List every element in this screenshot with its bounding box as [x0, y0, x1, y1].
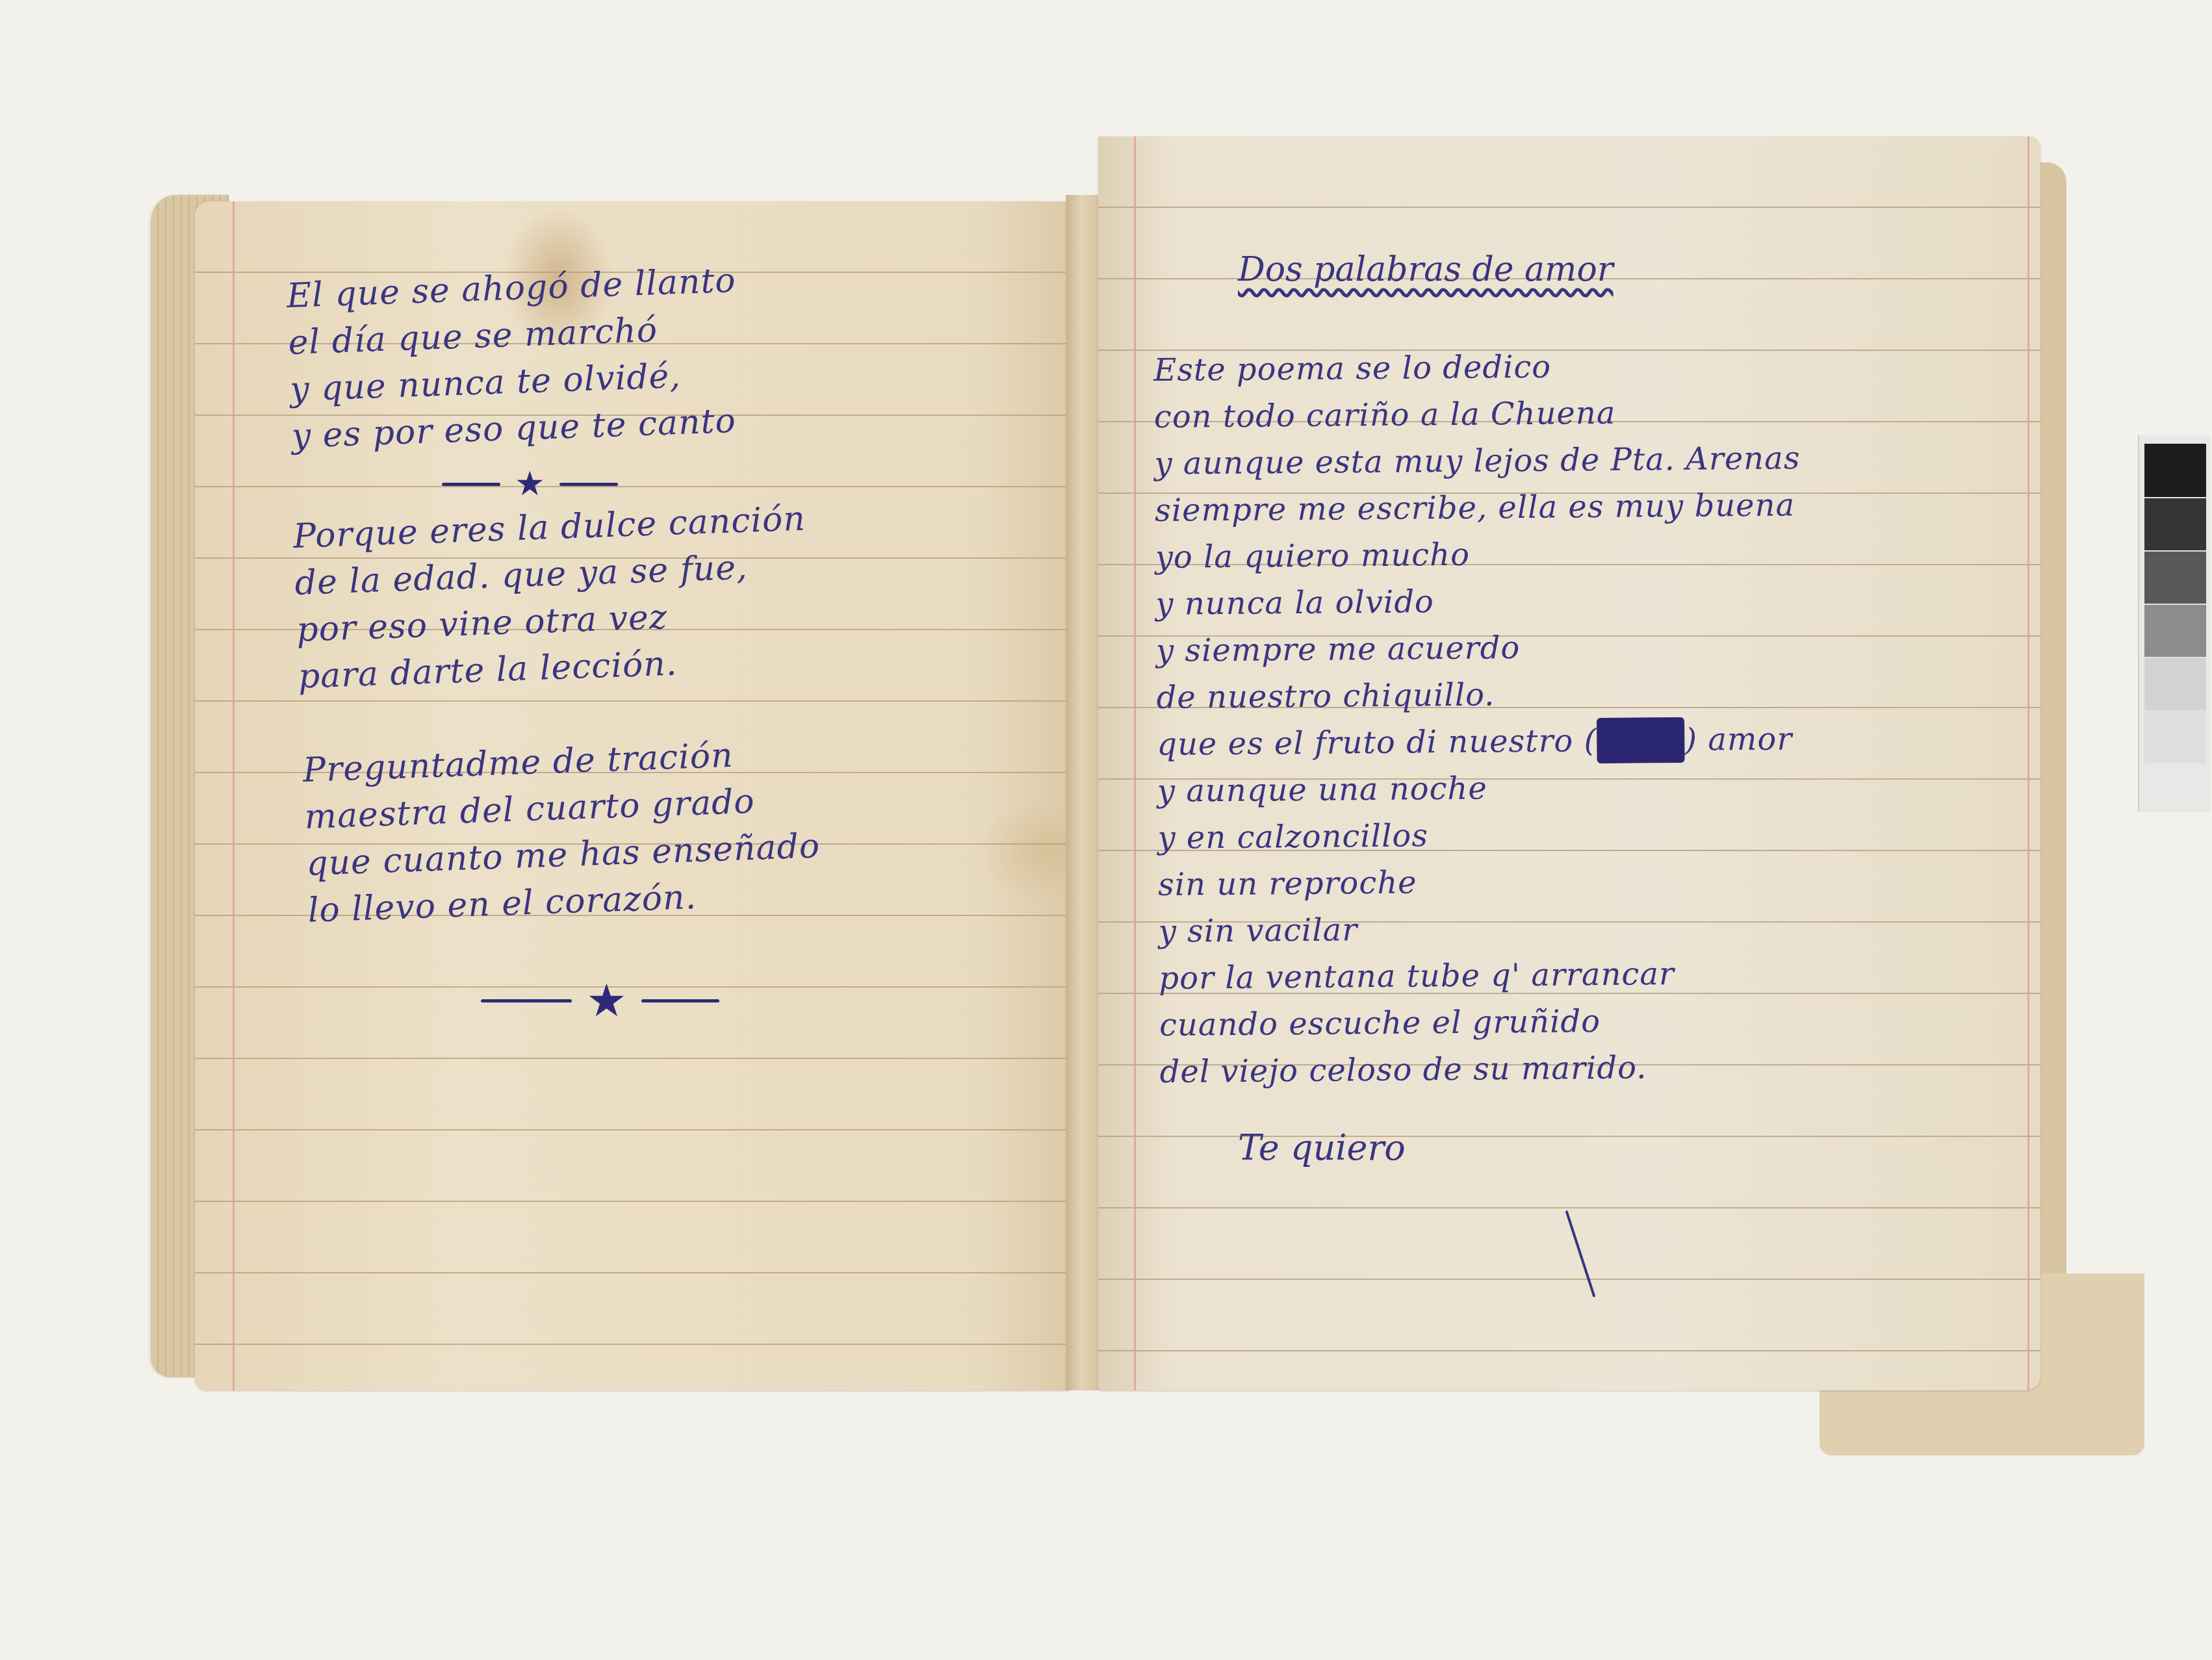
gray-patch	[2144, 498, 2206, 550]
signoff-text: Te quiero	[1238, 1127, 1406, 1168]
poem-line: cuando escuche el gruñido	[1159, 997, 1805, 1049]
poem-line: siempre me escribe, ella es muy buena	[1155, 482, 1801, 535]
left-poem-stanza-1: El que se ahogó de llanto el día que se …	[286, 257, 741, 460]
left-poem-stanza-2: Porque eres la dulce canción de la edad.…	[292, 495, 811, 700]
gray-patch	[2144, 551, 2206, 604]
poem-line-start: que es el fruto di nuestro (	[1157, 722, 1597, 763]
star-icon: ★	[586, 978, 627, 1023]
divider-dash	[641, 999, 719, 1002]
open-notebook: El que se ahogó de llanto el día que se …	[0, 0, 2212, 1660]
margin-line-outer	[2027, 136, 2029, 1390]
star-divider-small: ★	[442, 461, 618, 507]
divider-dash	[559, 483, 618, 486]
poem-title: Dos palabras de amor	[1238, 250, 1614, 289]
poem-line-end: ) amor	[1684, 721, 1792, 758]
poem-line: con todo cariño a la Chuena	[1154, 389, 1800, 441]
gray-patch	[2144, 443, 2206, 497]
poem-line: y aunque una noche	[1157, 763, 1803, 815]
divider-dash	[442, 483, 500, 486]
poem-line: de nuestro chiquillo.	[1156, 669, 1802, 722]
gray-patch	[2144, 711, 2206, 763]
star-icon: ★	[515, 461, 545, 507]
poem-line: y sin vacilar	[1159, 903, 1805, 956]
left-poem-stanza-3: Preguntadme de tración maestra del cuart…	[302, 729, 823, 934]
poem-line: y aunque esta muy lejos de Pta. Arenas	[1154, 435, 1800, 488]
gray-patch	[2144, 658, 2206, 710]
struck-out-word: idilio	[1597, 717, 1685, 763]
margin-line	[1134, 136, 1136, 1390]
poem-line: y nunca la olvido	[1155, 576, 1801, 628]
gray-scale-card	[2138, 435, 2211, 812]
poem-line: del viejo celoso de su marido.	[1159, 1043, 1805, 1096]
divider-dash	[481, 999, 572, 1002]
poem-line: y siempre me acuerdo	[1156, 622, 1802, 675]
right-poem: Este poema se lo dedico con todo cariño …	[1153, 342, 1806, 1096]
poem-line: y en calzoncillos	[1157, 810, 1803, 862]
poem-line: yo la quiero mucho	[1155, 529, 1801, 581]
gray-patch	[2144, 604, 2206, 657]
poem-line: por la ventana tube q' arrancar	[1159, 950, 1805, 1002]
poem-line-with-strikeout: que es el fruto di nuestro (idilio) amor	[1157, 716, 1803, 769]
margin-line	[233, 201, 235, 1390]
poem-line: sin un reproche	[1158, 856, 1804, 909]
star-divider-large: ★	[481, 978, 719, 1023]
poem-line: Este poema se lo dedico	[1153, 342, 1799, 394]
